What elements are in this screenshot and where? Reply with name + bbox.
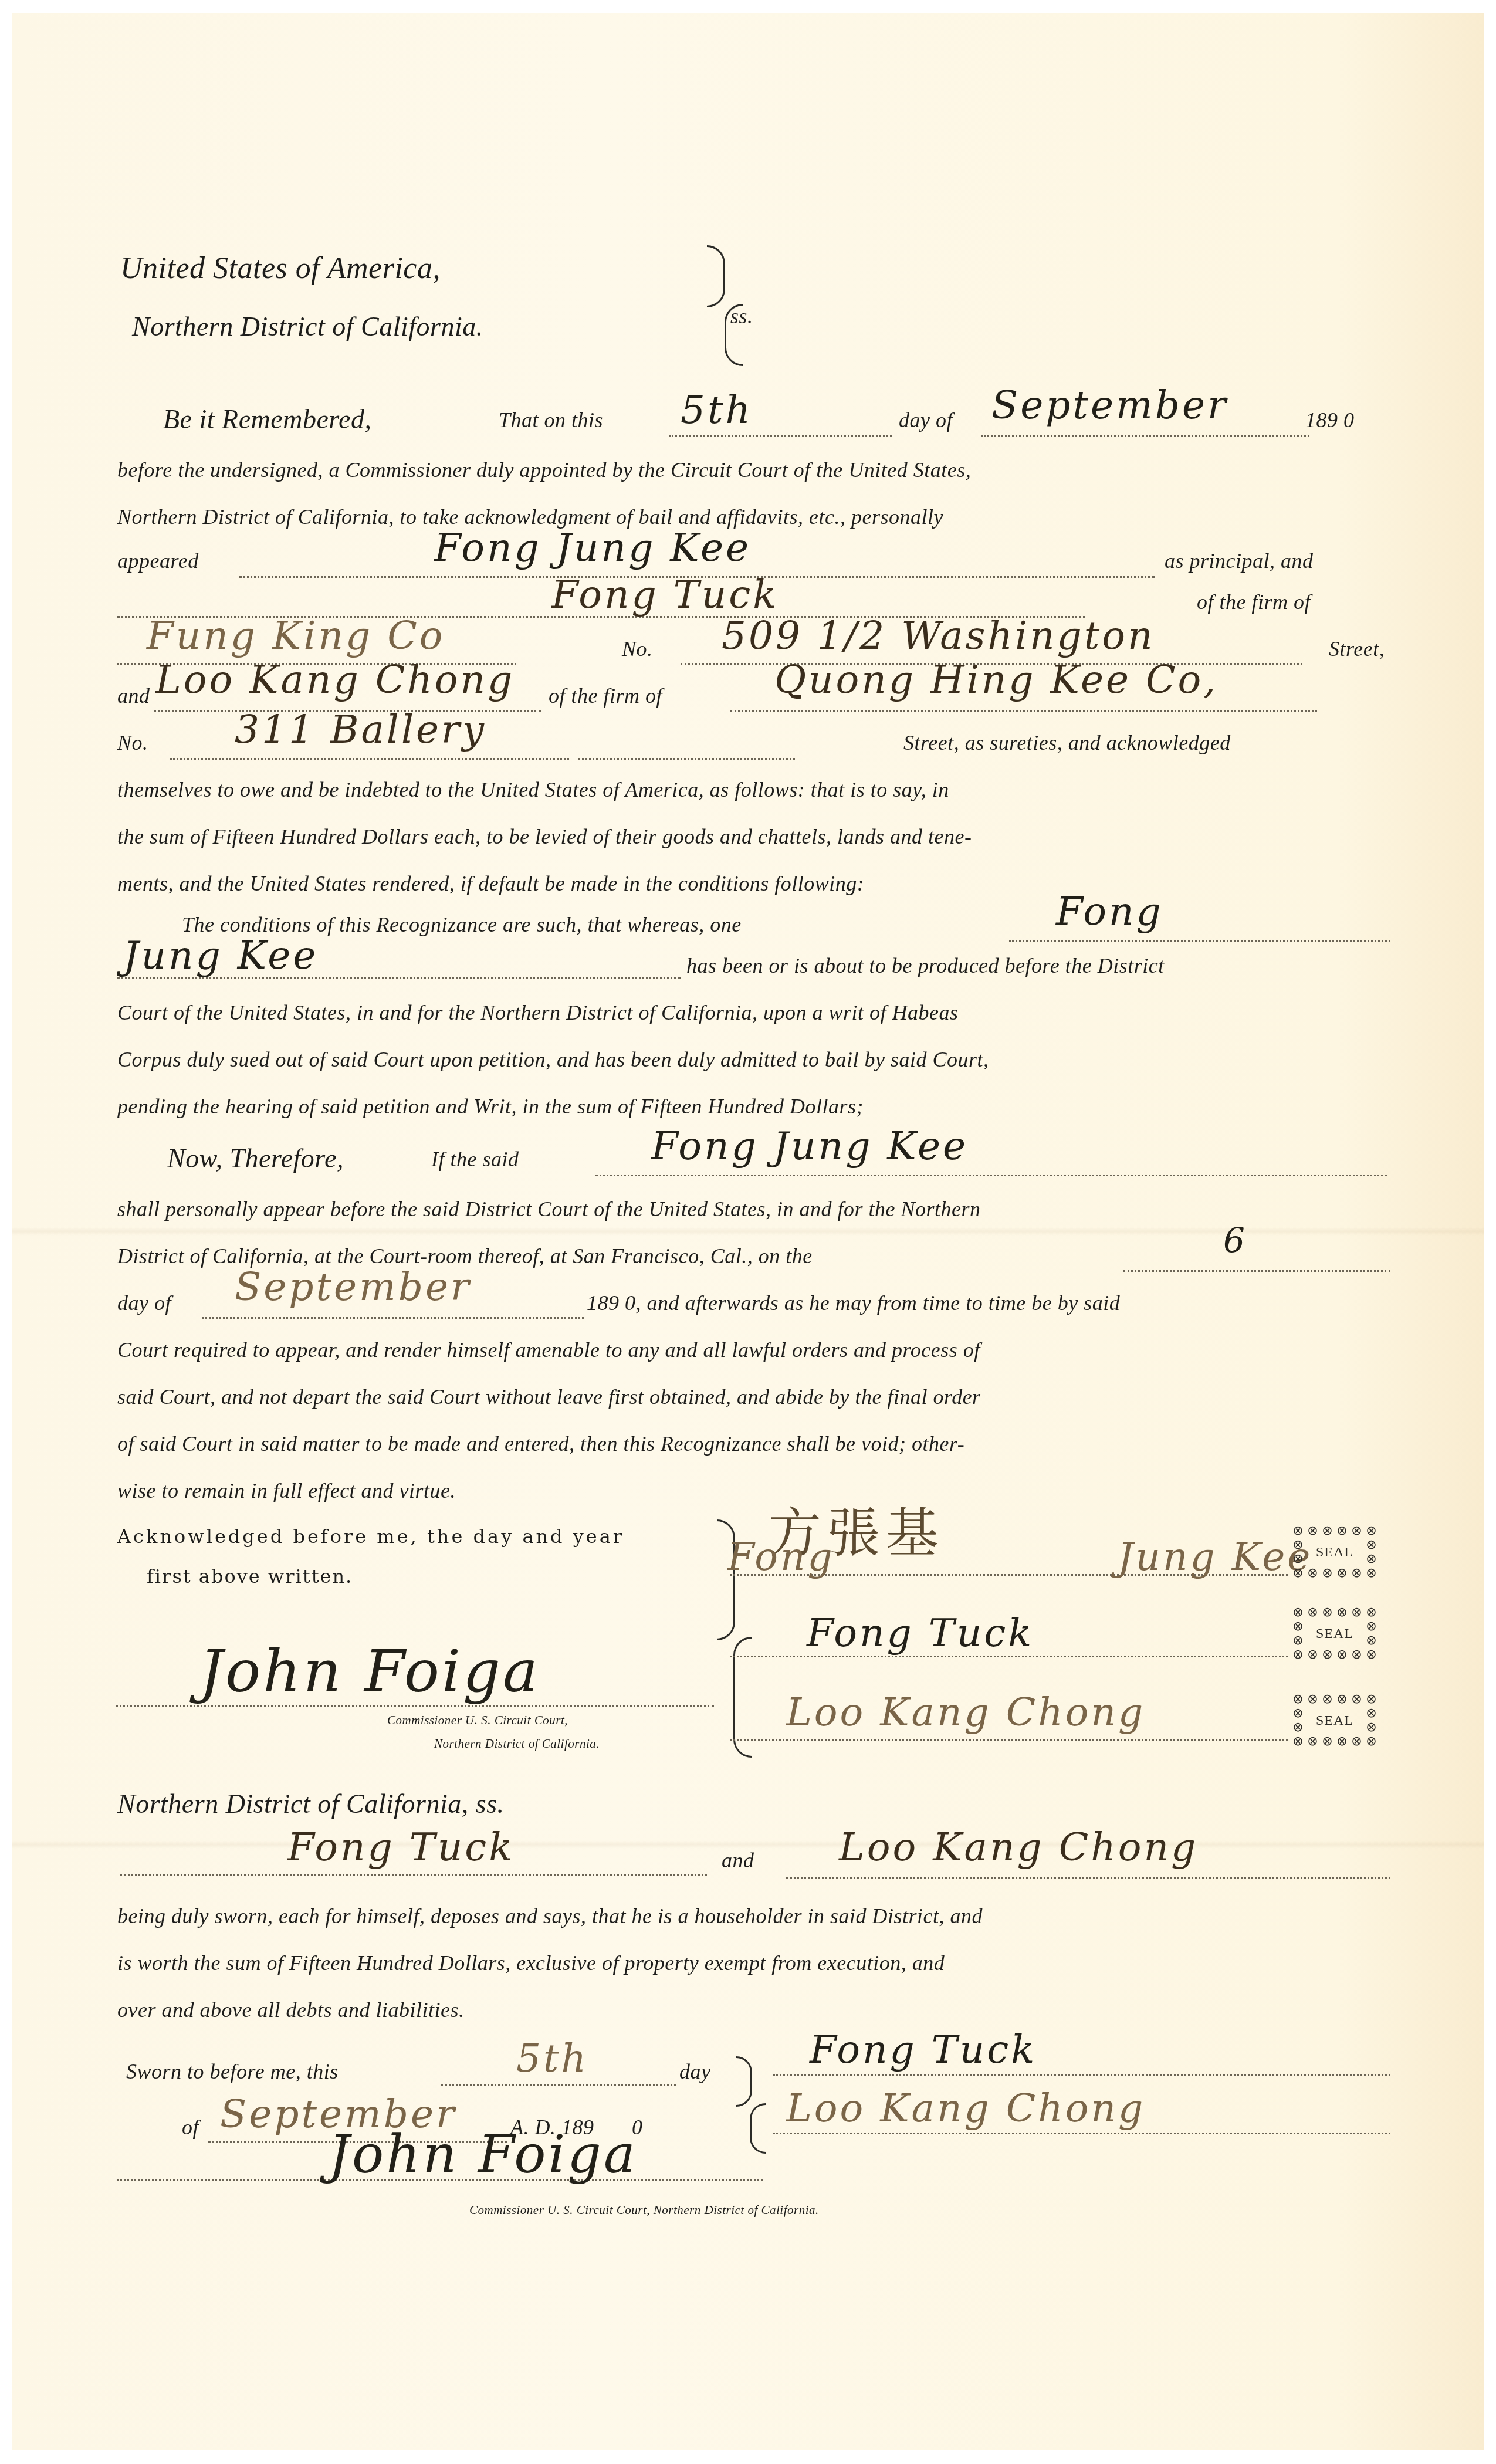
surety2-signature-line — [730, 1739, 1288, 1741]
appeared-label: appeared — [117, 549, 199, 573]
appear-day-line — [1123, 1270, 1390, 1272]
seal-box-3: ⊗⊗⊗⊗⊗⊗ ⊗SEAL⊗ ⊗⊗ ⊗⊗⊗⊗⊗⊗ — [1291, 1693, 1379, 1749]
seal-label: SEAL — [1305, 1620, 1364, 1648]
fold-line — [12, 1227, 1484, 1236]
therefore-line-6: said Court, and not depart the said Cour… — [117, 1385, 981, 1409]
affidavit-surety2-line — [786, 1877, 1390, 1879]
brace-icon — [736, 2056, 752, 2107]
seal-label: SEAL — [1305, 1707, 1364, 1735]
affidavit-and-label: and — [722, 1848, 754, 1873]
surety1-name-field[interactable]: Fong Tuck — [551, 572, 779, 617]
brace-icon — [750, 2103, 766, 2154]
of-label: of — [182, 2115, 199, 2140]
now-therefore-label: Now, Therefore, — [167, 1143, 344, 1174]
surety2-address-field[interactable]: 311 Ballery — [235, 707, 486, 752]
affidavit-line-2: is worth the sum of Fifteen Hundred Doll… — [117, 1951, 945, 1975]
street-sureties-label: Street, as sureties, and acknowledged — [903, 730, 1231, 755]
acknowledged-line-1: Acknowledged before me, the day and year — [117, 1525, 624, 1548]
commissioner-title-2: Northern District of California. — [434, 1737, 600, 1751]
month-field[interactable]: September — [991, 383, 1228, 428]
header-line-1: United States of America, — [120, 251, 441, 286]
day-of-label-2: day of — [117, 1291, 171, 1315]
affidavit-line-1: being duly sworn, each for himself, depo… — [117, 1904, 983, 1928]
therefore-name-line — [595, 1175, 1387, 1176]
surety2-signature: Loo Kang Chong — [786, 1690, 1145, 1735]
of-firm-label-2: of the firm of — [549, 683, 662, 708]
day-of-label: day of — [899, 408, 953, 432]
fold-line — [12, 1840, 1484, 1849]
affidavit-commissioner-signature: John Foiga — [329, 2124, 638, 2185]
therefore-line-2: shall personally appear before the said … — [117, 1197, 981, 1221]
be-it-remembered: Be it Remembered, — [163, 404, 371, 435]
surety1-address-field[interactable]: 509 1/2 Washington — [722, 613, 1155, 658]
sworn-day-line — [441, 2084, 676, 2086]
commissioner-signature-line — [116, 1705, 714, 1707]
affidavit-line-3: over and above all debts and liabilities… — [117, 1998, 464, 2022]
no-label: No. — [622, 637, 653, 661]
affidavit-header: Northern District of California, ss. — [117, 1788, 505, 1819]
day-field[interactable]: 5th — [681, 387, 753, 432]
if-the-said-label: If the said — [431, 1147, 519, 1172]
day-field-line — [669, 435, 892, 437]
no-label-2: No. — [117, 730, 148, 755]
affidavit-surety1-field[interactable]: Fong Tuck — [287, 1825, 515, 1870]
appear-month-line — [202, 1317, 584, 1319]
month-field-line — [981, 435, 1309, 437]
recital-line-2: before the undersigned, a Commissioner d… — [117, 458, 971, 482]
appear-month-field[interactable]: September — [235, 1264, 472, 1309]
therefore-line-8: wise to remain in full effect and virtue… — [117, 1478, 456, 1503]
principal-field[interactable]: Fong Jung Kee — [434, 525, 751, 570]
year-printed: 189 — [1305, 408, 1338, 432]
surety2-address-line — [170, 758, 569, 760]
surety2-firm-line — [730, 710, 1317, 712]
seal-box-2: ⊗⊗⊗⊗⊗⊗ ⊗SEAL⊗ ⊗⊗ ⊗⊗⊗⊗⊗⊗ — [1291, 1606, 1379, 1662]
conditions-line-4: Corpus duly sued out of said Court upon … — [117, 1047, 989, 1072]
commissioner-title-1: Commissioner U. S. Circuit Court, — [387, 1713, 568, 1728]
seal-box-1: ⊗⊗⊗⊗⊗⊗ ⊗SEAL⊗ ⊗⊗ ⊗⊗⊗⊗⊗⊗ — [1291, 1524, 1379, 1580]
year-digit: 0 — [1343, 408, 1355, 432]
sworn-day-field[interactable]: 5th — [516, 2036, 588, 2081]
principal-signature-right: Jung Kee — [1118, 1534, 1312, 1579]
conditions-name-line — [1009, 940, 1390, 942]
therefore-line-5: Court required to appear, and render him… — [117, 1338, 980, 1362]
surety2-name-field[interactable]: Loo Kang Chong — [155, 657, 515, 702]
appear-day-field[interactable]: 6 — [1223, 1220, 1247, 1260]
recital-ments-line: ments, and the United States rendered, i… — [117, 871, 864, 896]
surety1-signature-line — [730, 1656, 1288, 1657]
surety2-firm-field[interactable]: Quong Hing Kee Co, — [774, 657, 1218, 702]
affidavit-sig1-line — [773, 2074, 1390, 2076]
street-label: Street, — [1329, 637, 1385, 661]
recital-sum-line: the sum of Fifteen Hundred Dollars each,… — [117, 824, 972, 849]
of-firm-label: of the firm of — [1197, 590, 1311, 614]
as-principal-label: as principal, and — [1165, 549, 1314, 573]
conditions-line-3: Court of the United States, in and for t… — [117, 1000, 959, 1025]
acknowledged-line-2: first above written. — [147, 1565, 353, 1588]
header-line-2: Northern District of California. — [132, 311, 483, 342]
commissioner-signature: John Foiga — [199, 1637, 540, 1705]
conditions-name-field-1[interactable]: Fong — [1056, 889, 1163, 934]
ss-label: ss. — [730, 304, 753, 329]
affidavit-surety2-signature: Loo Kang Chong — [786, 2086, 1145, 2131]
affidavit-surety2-field[interactable]: Loo Kang Chong — [839, 1825, 1198, 1870]
surety1-firm-field[interactable]: Fung King Co — [147, 613, 445, 658]
brace-icon — [707, 245, 725, 307]
surety1-signature: Fong Tuck — [807, 1610, 1034, 1656]
sworn-prefix: Sworn to before me, this — [126, 2059, 339, 2084]
therefore-line-4: 189 0, and afterwards as he may from tim… — [587, 1291, 1120, 1315]
surety2-address-line-2 — [578, 758, 795, 760]
affidavit-surety1-signature: Fong Tuck — [810, 2027, 1037, 2072]
affidavit-commissioner-title: Commissioner U. S. Circuit Court, Northe… — [469, 2203, 819, 2218]
affidavit-sig2-line — [773, 2133, 1390, 2134]
recital-owe-line: themselves to owe and be indebted to the… — [117, 777, 949, 802]
conditions-name-field-2[interactable]: Jung Kee — [123, 933, 318, 978]
and-label: and — [117, 683, 150, 708]
therefore-line-7: of said Court in said matter to be made … — [117, 1431, 964, 1456]
recital-text: That on this — [499, 408, 603, 432]
seal-label: SEAL — [1305, 1538, 1364, 1566]
day-label: day — [679, 2059, 710, 2084]
therefore-name-field[interactable]: Fong Jung Kee — [651, 1123, 968, 1169]
conditions-line-5: pending the hearing of said petition and… — [117, 1094, 864, 1119]
conditions-line-2: has been or is about to be produced befo… — [686, 953, 1165, 978]
affidavit-surety1-line — [120, 1874, 707, 1876]
principal-signature-left: Fong — [727, 1534, 835, 1579]
